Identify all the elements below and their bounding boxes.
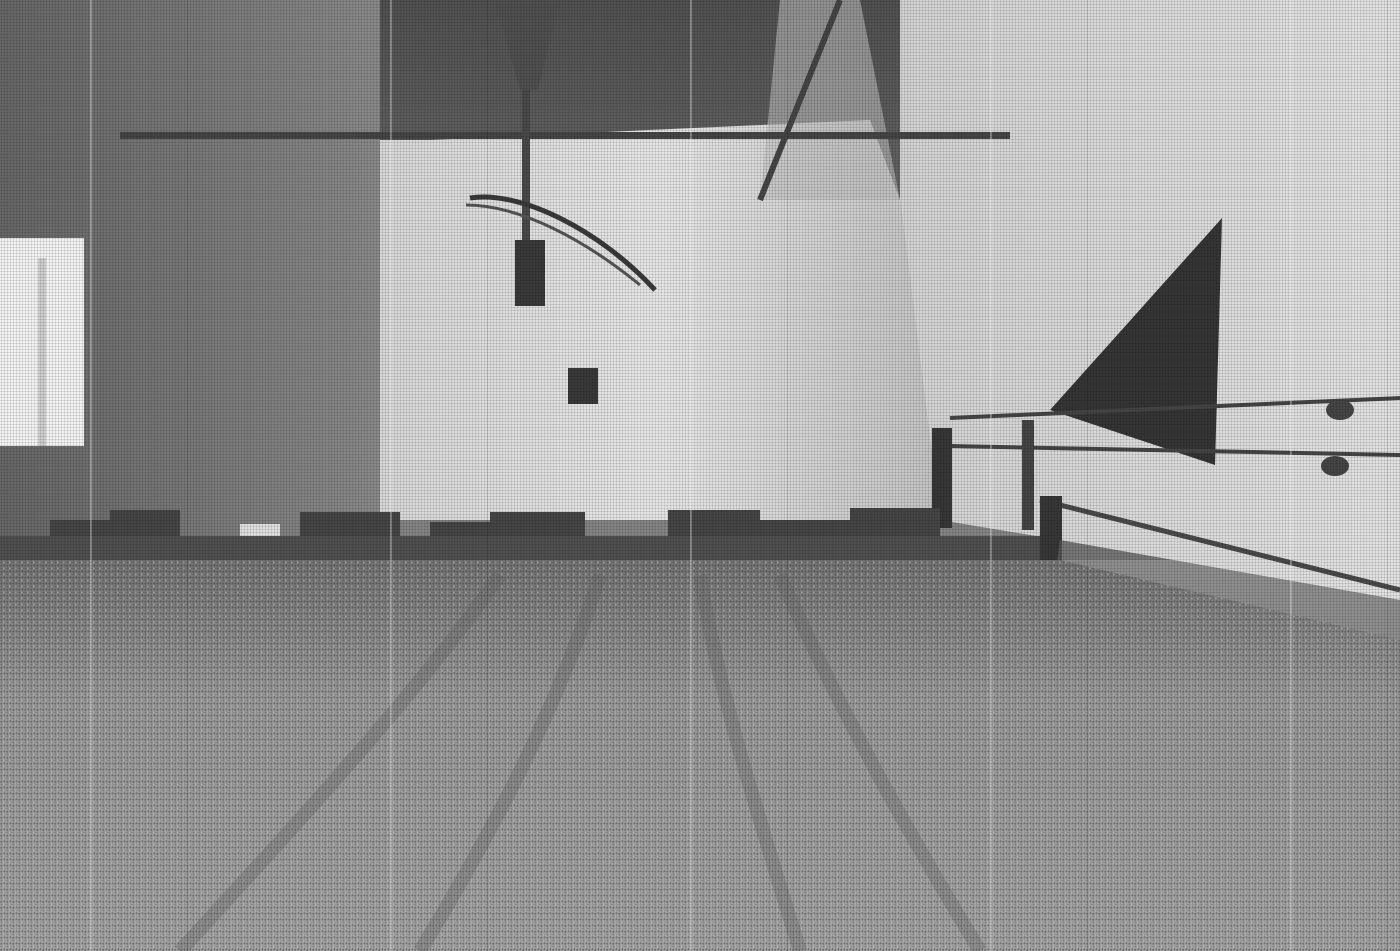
scene — [0, 0, 1400, 951]
photograph — [0, 0, 1400, 951]
overhead-beam — [120, 132, 1010, 139]
equipment-row — [0, 508, 1040, 560]
hanging-weight — [515, 240, 545, 306]
wall-hatch — [568, 368, 598, 404]
